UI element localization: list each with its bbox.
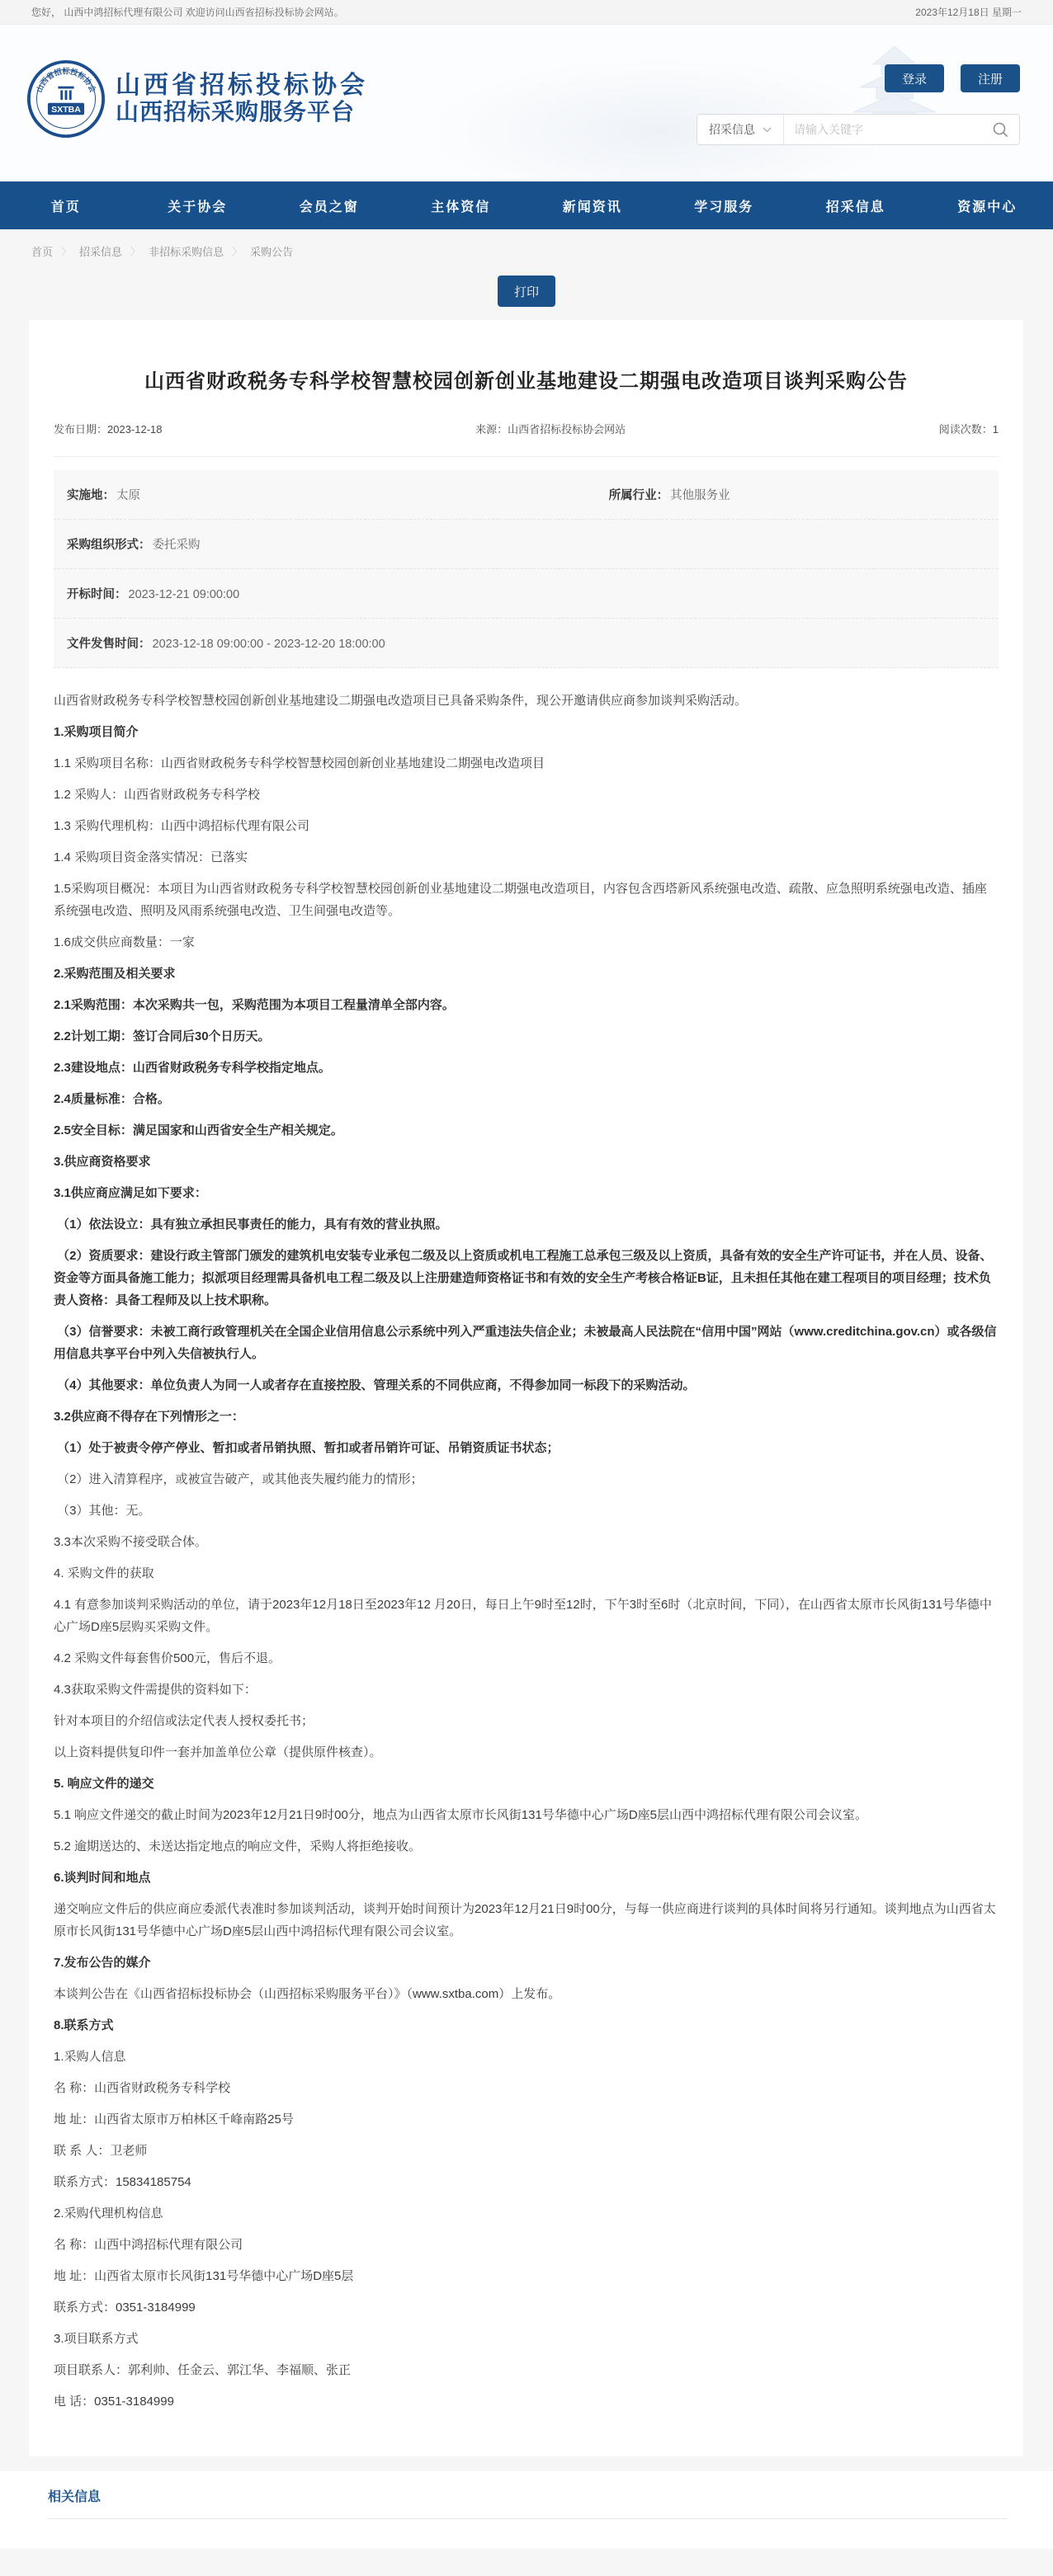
article-paragraph: 3.3本次采购不接受联合体。: [54, 1531, 999, 1553]
article-paragraph: 2.2计划工期：签订合同后30个日历天。: [54, 1025, 999, 1048]
info-value: 太原: [116, 489, 140, 502]
article-paragraph: 4.1 有意参加谈判采购活动的单位，请于2023年12月18日至2023年12 …: [54, 1594, 999, 1638]
nav-item[interactable]: 主体资信: [395, 181, 527, 229]
article-paragraph: 1.2 采购人：山西省财政税务专科学校: [54, 784, 999, 806]
article-paragraph: 名 称：山西省财政税务专科学校: [54, 2077, 999, 2099]
article-paragraph: 针对本项目的介绍信或法定代表人授权委托书；: [54, 1710, 999, 1732]
article-paragraph: 联系方式：0351-3184999: [54, 2296, 999, 2319]
search-category-select[interactable]: 招采信息: [697, 115, 784, 144]
info-cell: 开标时间：2023-12-21 09:00:00: [67, 585, 239, 602]
article-paragraph: 4.2 采购文件每套售价500元，售后不退。: [54, 1647, 999, 1669]
article-paragraph: （1）处于被责令停产停业、暂扣或者吊销执照、暂扣或者吊销许可证、吊销资质证书状态…: [54, 1437, 999, 1459]
nav-item[interactable]: 招采信息: [790, 181, 922, 229]
article-source: 来源：山西省招标投标协会网站: [475, 421, 626, 436]
article-paragraph: 2.4质量标准：合格。: [54, 1088, 999, 1110]
nav-item[interactable]: 新闻资讯: [526, 181, 659, 229]
article-paragraph: 1.采购项目简介: [54, 721, 999, 743]
article-paragraph: （3）信誉要求：未被工商行政管理机关在全国企业信用信息公示系统中列入严重违法失信…: [54, 1321, 999, 1365]
nav-item[interactable]: 会员之窗: [263, 181, 395, 229]
breadcrumb-item[interactable]: 非招标采购信息: [149, 243, 224, 259]
article-card: 山西省财政税务专科学校智慧校园创新创业基地建设二期强电改造项目谈判采购公告 发布…: [29, 320, 1023, 2456]
article-paragraph: 本谈判公告在《山西省招标投标协会（山西招标采购服务平台）》（www.sxtba.…: [54, 1983, 999, 2005]
article-paragraph: （4）其他要求：单位负责人为同一人或者存在直接控股、管理关系的不同供应商，不得参…: [54, 1374, 999, 1396]
site-title-line2: 山西招标采购服务平台: [116, 99, 368, 125]
article-paragraph: 1.1 采购项目名称：山西省财政税务专科学校智慧校园创新创业基地建设二期强电改造…: [54, 752, 999, 775]
info-table: 实施地：太原所属行业：其他服务业采购组织形式：委托采购开标时间：2023-12-…: [54, 470, 999, 668]
article-paragraph: 以上资料提供复印件一套并加盖单位公章（提供原件核查）。: [54, 1741, 999, 1764]
info-label: 所属行业：: [609, 489, 669, 502]
nav-item[interactable]: 资源中心: [922, 181, 1053, 229]
brand: 山西省招标投标协会 SXTBA 山西省招标投标协会 山西招标采购服务平台: [26, 59, 368, 139]
article-paragraph: 5.2 逾期送达的、未送达指定地点的响应文件，采购人将拒绝接收。: [54, 1835, 999, 1858]
search-input[interactable]: [784, 123, 987, 136]
article-paragraph: 电 话：0351-3184999: [54, 2390, 999, 2413]
info-cell: 文件发售时间：2023-12-18 09:00:00 - 2023-12-20 …: [67, 634, 385, 652]
article-paragraph: （2）资质要求：建设行政主管部门颁发的建筑机电安装专业承包二级及以上资质或机电工…: [54, 1245, 999, 1312]
article-paragraph: 3.2供应商不得存在下列情形之一：: [54, 1406, 999, 1428]
article-paragraph: 1.3 采购代理机构：山西中鸿招标代理有限公司: [54, 815, 999, 837]
breadcrumb-separator: 〉: [130, 244, 140, 258]
article-paragraph: 2.3建设地点：山西省财政税务专科学校指定地点。: [54, 1057, 999, 1079]
nav-item[interactable]: 首页: [0, 181, 132, 229]
breadcrumb-separator: 〉: [61, 244, 71, 258]
site-title-line1: 山西省招标投标协会: [116, 72, 368, 99]
breadcrumb: 首页〉招采信息〉非招标采购信息〉采购公告: [0, 229, 1053, 269]
info-cell: 采购组织形式：委托采购: [67, 535, 201, 553]
info-value: 2023-12-21 09:00:00: [129, 588, 240, 601]
print-row: 打印: [0, 275, 1053, 307]
info-value: 其他服务业: [670, 489, 730, 502]
article-paragraph: 4. 采购文件的获取: [54, 1562, 999, 1585]
topbar: 您好， 山西中鸿招标代理有限公司 欢迎访问山西省招标投标协会网站。 2023年1…: [0, 0, 1053, 25]
article-paragraph: 2.5安全目标：满足国家和山西省安全生产相关规定。: [54, 1119, 999, 1142]
nav-item[interactable]: 学习服务: [659, 181, 791, 229]
article-body: 山西省财政税务专科学校智慧校园创新创业基地建设二期强电改造项目已具备采购条件，现…: [54, 690, 999, 2413]
info-label: 开标时间：: [67, 588, 127, 601]
article-meta: 发布日期：2023-12-18 来源：山西省招标投标协会网站 阅读次数：1: [54, 421, 999, 436]
info-row: 实施地：太原所属行业：其他服务业: [54, 470, 999, 520]
info-label: 采购组织形式：: [67, 539, 151, 552]
article-paragraph: 联系方式：15834185754: [54, 2171, 999, 2193]
related-section: 相关信息: [0, 2471, 1053, 2549]
breadcrumb-item: 采购公告: [250, 243, 293, 259]
info-row: 文件发售时间：2023-12-18 09:00:00 - 2023-12-20 …: [54, 619, 999, 668]
register-button[interactable]: 注册: [961, 64, 1020, 92]
info-value: 2023-12-18 09:00:00 - 2023-12-20 18:00:0…: [153, 638, 385, 651]
article-paragraph: 1.采购人信息: [54, 2046, 999, 2068]
view-count: 阅读次数：1: [939, 421, 999, 436]
print-button[interactable]: 打印: [498, 275, 555, 307]
article-paragraph: 2.1采购范围：本次采购共一包，采购范围为本项目工程量清单全部内容。: [54, 994, 999, 1016]
article-paragraph: 1.6成交供应商数量：一家: [54, 931, 999, 954]
login-button[interactable]: 登录: [885, 64, 944, 92]
article-paragraph: 3.供应商资格要求: [54, 1151, 999, 1173]
article-paragraph: 5. 响应文件的递交: [54, 1773, 999, 1795]
auth-buttons: 登录 注册: [885, 64, 1020, 92]
association-logo: 山西省招标投标协会 SXTBA: [26, 59, 106, 139]
info-row: 采购组织形式：委托采购: [54, 520, 999, 569]
article-paragraph: 8.联系方式: [54, 2014, 999, 2037]
topbar-greeting: 您好， 山西中鸿招标代理有限公司 欢迎访问山西省招标投标协会网站。: [31, 5, 344, 19]
info-cell: 实施地：太原: [67, 486, 609, 503]
article-paragraph: 1.4 采购项目资金落实情况：已落实: [54, 846, 999, 869]
info-row: 开标时间：2023-12-21 09:00:00: [54, 569, 999, 619]
article-paragraph: 地 址：山西省太原市长风街131号华德中心广场D座5层: [54, 2265, 999, 2287]
main-nav: 首页关于协会会员之窗主体资信新闻资讯学习服务招采信息资源中心: [0, 181, 1053, 229]
chevron-down-icon: [763, 127, 772, 133]
breadcrumb-item[interactable]: 招采信息: [79, 243, 122, 259]
nav-item[interactable]: 关于协会: [132, 181, 264, 229]
article-paragraph: 6.谈判时间和地点: [54, 1867, 999, 1889]
info-value: 委托采购: [153, 539, 201, 552]
logo-sxtba-text: SXTBA: [51, 105, 81, 115]
related-title: 相关信息: [48, 2486, 1053, 2505]
related-divider: [48, 2518, 1008, 2519]
article-paragraph: 3.1供应商应满足如下要求：: [54, 1182, 999, 1204]
article-paragraph: 地 址：山西省太原市万柏林区千峰南路25号: [54, 2108, 999, 2131]
info-label: 实施地：: [67, 489, 115, 502]
article-paragraph: （3）其他：无。: [54, 1500, 999, 1522]
info-label: 文件发售时间：: [67, 638, 151, 651]
article-paragraph: 5.1 响应文件递交的截止时间为2023年12月21日9时00分，地点为山西省太…: [54, 1804, 999, 1826]
topbar-date: 2023年12月18日 星期一: [915, 5, 1022, 19]
article-title: 山西省财政税务专科学校智慧校园创新创业基地建设二期强电改造项目谈判采购公告: [54, 368, 999, 396]
site-titles: 山西省招标投标协会 山西招标采购服务平台: [116, 72, 368, 125]
article-paragraph: 名 称：山西中鸿招标代理有限公司: [54, 2234, 999, 2256]
article-paragraph: 1.5采购项目概况：本项目为山西省财政税务专科学校智慧校园创新创业基地建设二期强…: [54, 878, 999, 922]
article-paragraph: 项目联系人：郭利帅、任金云、郭江华、李福顺、张正: [54, 2359, 999, 2381]
article-paragraph: 2.采购范围及相关要求: [54, 963, 999, 985]
article-paragraph: 2.采购代理机构信息: [54, 2202, 999, 2225]
article-paragraph: 4.3获取采购文件需提供的资料如下：: [54, 1679, 999, 1701]
search-bar: 招采信息: [696, 114, 1020, 145]
article-paragraph: （1）依法设立：具有独立承担民事责任的能力，具有有效的营业执照。: [54, 1213, 999, 1236]
article-paragraph: （2）进入清算程序，或被宣告破产，或其他丧失履约能力的情形；: [54, 1468, 999, 1491]
search-submit[interactable]: [987, 121, 1019, 139]
meta-divider: [54, 456, 999, 457]
breadcrumb-separator: 〉: [232, 244, 242, 258]
info-cell: 所属行业：其他服务业: [609, 486, 730, 503]
site-header: 山西省招标投标协会 SXTBA 山西省招标投标协会 山西招标采购服务平台 登录 …: [0, 25, 1053, 181]
search-icon: [992, 121, 1009, 139]
article-paragraph: 递交响应文件后的供应商应委派代表准时参加谈判活动，谈判开始时间预计为2023年1…: [54, 1898, 999, 1943]
breadcrumb-item[interactable]: 首页: [31, 243, 53, 259]
article-paragraph: 7.发布公告的媒介: [54, 1952, 999, 1974]
article-paragraph: 3.项目联系方式: [54, 2328, 999, 2350]
search-category-value: 招采信息: [709, 121, 755, 138]
publish-date: 发布日期：2023-12-18: [54, 421, 163, 436]
article-paragraph: 山西省财政税务专科学校智慧校园创新创业基地建设二期强电改造项目已具备采购条件，现…: [54, 690, 999, 712]
article-paragraph: 联 系 人：卫老师: [54, 2140, 999, 2162]
